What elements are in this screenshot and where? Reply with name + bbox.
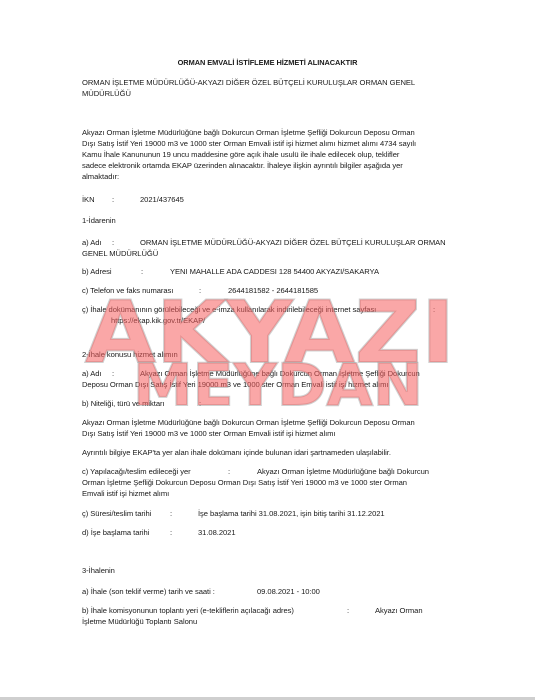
section2-heading: 2-İhale konusu hizmet alımın xyxy=(82,349,178,360)
s2b-label: b) Niteliği, türü ve miktarı xyxy=(82,398,165,409)
s2b-desc-1: Akyazı Orman İşletme Müdürlüğüne bağlı D… xyxy=(82,417,415,428)
s2c-value-2: Orman İşletme Şefliği Dokurcun Deposu Or… xyxy=(82,477,407,488)
s1a-value-2: GENEL MÜDÜRLÜĞÜ xyxy=(82,248,158,259)
s3b-sep: : xyxy=(347,605,349,616)
s1b-sep: : xyxy=(141,266,143,277)
s1a-value-1: ORMAN İŞLETME MÜDÜRLÜĞÜ-AKYAZI DİĞER ÖZE… xyxy=(140,237,446,248)
s2c2-label: ç) Süresi/teslim tarihi xyxy=(82,508,151,519)
intro-line-1: Akyazı Orman İşletme Müdürlüğüne bağlı D… xyxy=(82,127,415,138)
s2b-sep: : xyxy=(199,398,201,409)
s2d-label: d) İşe başlama tarihi xyxy=(82,527,149,538)
document-title: ORMAN EMVALİ İSTİFLEME HİZMETİ ALINACAKT… xyxy=(0,57,535,68)
s1c2-label: ç) İhale dokümanının görülebileceği ve e… xyxy=(82,304,376,315)
authority-line-2: MÜDÜRLÜĞÜ xyxy=(82,88,131,99)
document-page: ORMAN EMVALİ İSTİFLEME HİZMETİ ALINACAKT… xyxy=(0,0,535,697)
section3-heading: 3-İhalenin xyxy=(82,565,115,576)
s3b-value-2: İşletme Müdürlüğü Toplantı Salonu xyxy=(82,616,197,627)
s2d-sep: : xyxy=(170,527,172,538)
s3b-label: b) İhale komisyonunun toplantı yeri (e-t… xyxy=(82,605,294,616)
intro-line-5: almaktadır: xyxy=(82,171,119,182)
ikn-label: İKN xyxy=(82,194,95,205)
s3b-value-1: Akyazı Orman xyxy=(375,605,423,616)
s3a-label: a) İhale (son teklif verme) tarih ve saa… xyxy=(82,586,215,597)
s2c-value-3: Emvali istif işi hizmet alımı xyxy=(82,488,169,499)
s3a-value: 09.08.2021 - 10:00 xyxy=(257,586,320,597)
s1b-label: b) Adresi xyxy=(82,266,112,277)
s2b-desc-2: Dışı Satış İstif Yeri 19000 m3 ve 1000 s… xyxy=(82,428,336,439)
s1a-sep: : xyxy=(112,237,114,248)
s2c-value-1: Akyazı Orman İşletme Müdürlüğüne bağlı D… xyxy=(257,466,429,477)
ikn-value: 2021/437645 xyxy=(140,194,184,205)
ekap-link[interactable]: https://ekap.kik.gov.tr/EKAP/ xyxy=(111,315,205,326)
s1c2-sep: : xyxy=(433,304,435,315)
intro-line-3: Kamu İhale Kanununun 19 uncu maddesine g… xyxy=(82,149,399,160)
ikn-sep: : xyxy=(112,194,114,205)
s2a-sep: : xyxy=(112,368,114,379)
details-note: Ayrıntılı bilgiye EKAP'ta yer alan ihale… xyxy=(82,447,391,458)
s1c-sep: : xyxy=(199,285,201,296)
s2c2-sep: : xyxy=(170,508,172,519)
s1c-label: c) Telefon ve faks numarası xyxy=(82,285,173,296)
intro-line-2: Dışı Satış İstif Yeri 19000 m3 ve 1000 s… xyxy=(82,138,416,149)
s2a-value-2: Deposu Orman Dışı Satış İstif Yeri 19000… xyxy=(82,379,388,390)
s1c-value: 2644181582 - 2644181585 xyxy=(228,285,318,296)
s2c2-value: İşe başlama tarihi 31.08.2021, işin biti… xyxy=(198,508,385,519)
authority-line-1: ORMAN İŞLETME MÜDÜRLÜĞÜ-AKYAZI DİĞER ÖZE… xyxy=(82,77,415,88)
s1b-value: YENI MAHALLE ADA CADDESI 128 54400 AKYAZ… xyxy=(170,266,379,277)
s2d-value: 31.08.2021 xyxy=(198,527,236,538)
intro-line-4: sadece elektronik ortamda EKAP üzerinden… xyxy=(82,160,403,171)
s2c-sep: : xyxy=(228,466,230,477)
s2a-value-1: Akyazı Orman İşletme Müdürlüğüne bağlı D… xyxy=(140,368,420,379)
s1a-label: a) Adı xyxy=(82,237,102,248)
section1-heading: 1-İdarenin xyxy=(82,215,116,226)
s2a-label: a) Adı xyxy=(82,368,102,379)
s2c-label: c) Yapılacağı/teslim edileceği yer xyxy=(82,466,191,477)
